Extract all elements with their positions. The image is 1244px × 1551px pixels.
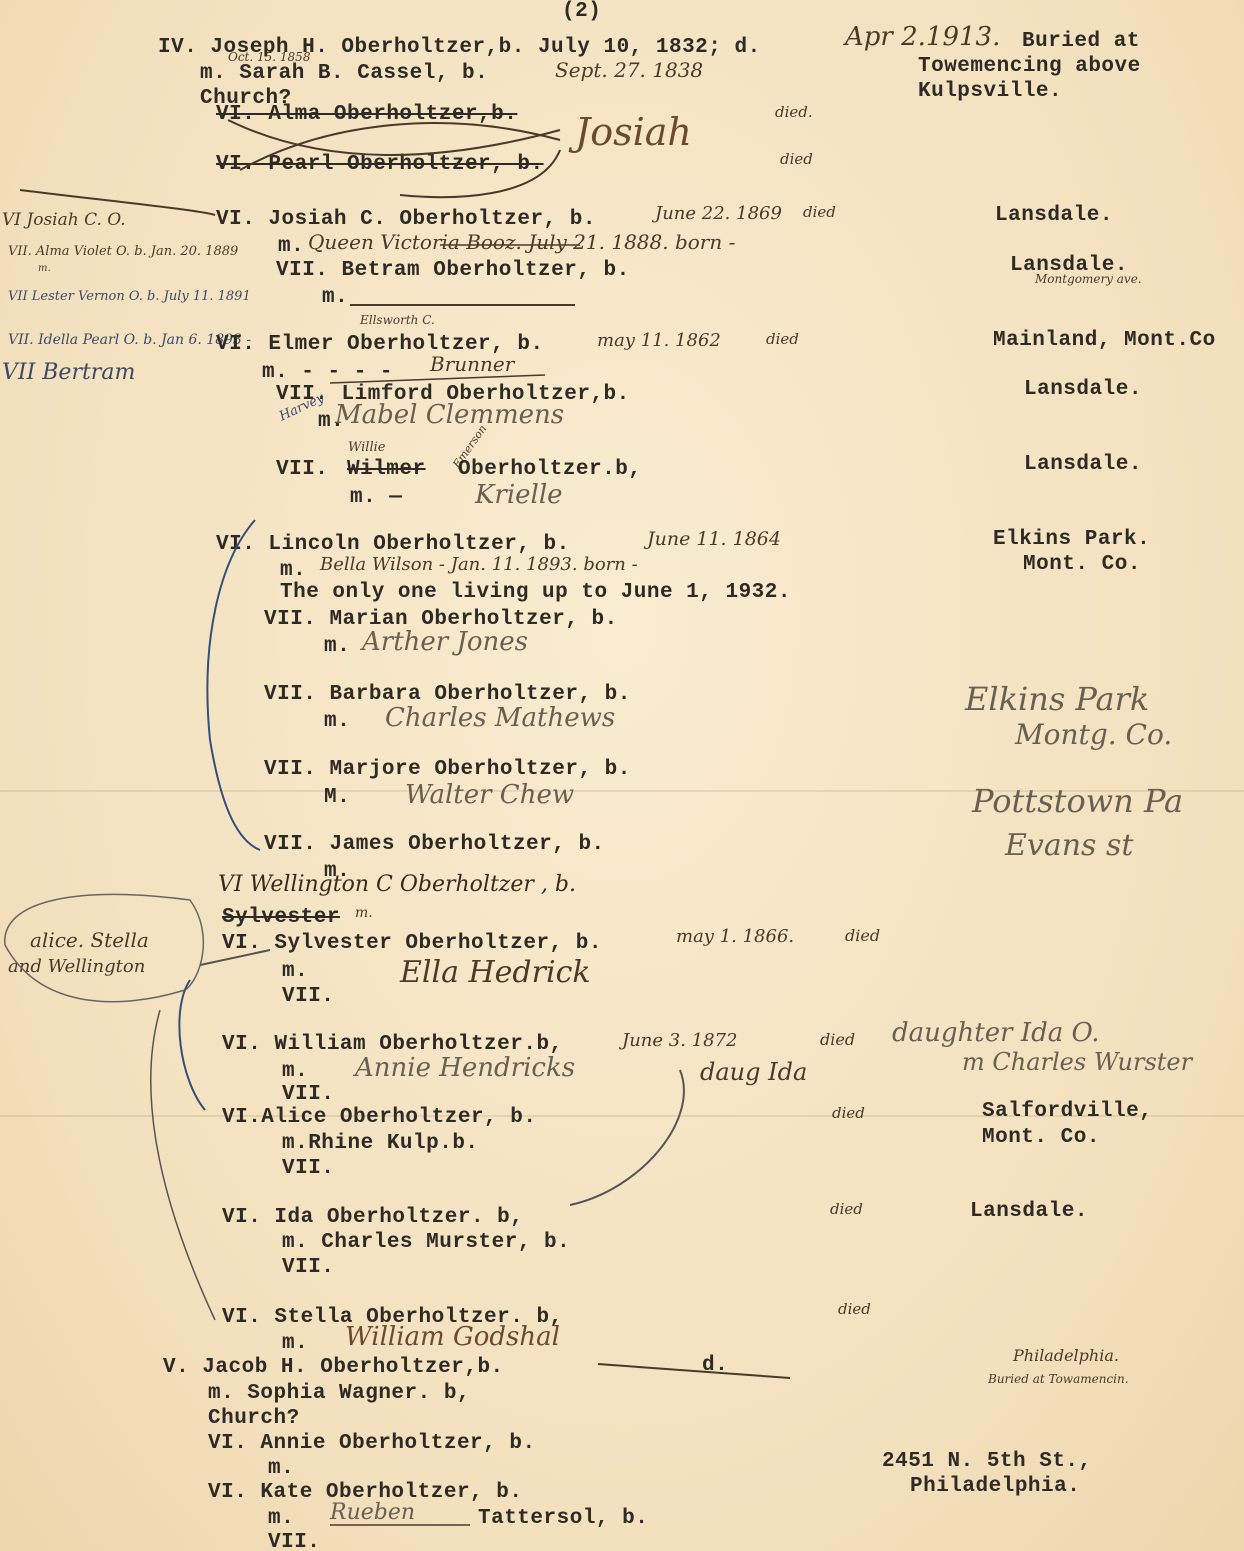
burial-typed-2: Towemencing above: [918, 55, 1141, 79]
elmer-place: Mainland, Mont.Co: [993, 329, 1216, 353]
elmer-birth-hw: may 11. 1862: [597, 330, 721, 351]
wilmer-rest: Oberholtzer.b,: [458, 458, 641, 482]
burial-typed-1: Buried at: [1022, 30, 1140, 54]
sylvester-line: VI. Sylvester Oberholtzer, b.: [222, 932, 602, 956]
william-note-hw-1: daughter Ida O.: [892, 1018, 1100, 1048]
marjore-line: VII. Marjore Oberholtzer, b.: [264, 758, 631, 782]
elmer-middle-hw: Ellsworth C.: [360, 313, 435, 327]
stella-married: m.: [282, 1332, 308, 1356]
josiah-birth-hw: June 22. 1869: [655, 203, 782, 224]
joseph-married: m. Sarah B. Cassel, b.: [200, 62, 488, 86]
ida-children: VII.: [282, 1256, 334, 1280]
marjore-married: M.: [324, 786, 350, 810]
josiah-married: m.: [278, 235, 304, 259]
limford-place: Lansdale.: [1024, 378, 1142, 402]
kate-children: VII.: [268, 1531, 320, 1551]
wilmer-spouse-hw: Krielle: [475, 480, 563, 510]
lincoln-note: The only one living up to June 1, 1932.: [280, 581, 791, 605]
wellington-married-hw: m.: [355, 905, 373, 921]
alice-place-2: Mont. Co.: [982, 1126, 1100, 1150]
margin-note: VI Josiah C. O.: [2, 210, 126, 230]
alma-line: VI. Alma Oberholtzer,b.: [216, 103, 517, 127]
elmer-died: died: [766, 330, 799, 348]
stella-spouse-hw: William Godshal: [345, 1322, 560, 1352]
wilmer-over-hw: Willie: [348, 440, 385, 455]
jacob-death: d.: [702, 1354, 728, 1378]
elmer-married: m. - - - -: [262, 361, 393, 385]
pearl-died: died: [780, 150, 813, 168]
margin-note-wellington: and Wellington: [8, 956, 145, 977]
burial-typed-3: Kulpsville.: [918, 80, 1062, 104]
barbara-spouse-hw: Charles Mathews: [385, 703, 615, 733]
kate-spouse-first-hw: Rueben: [330, 1500, 415, 1525]
ida-married: m. Charles Murster, b.: [282, 1231, 570, 1255]
sylvester-died: died: [845, 926, 880, 945]
sylvester-birth-hw: may 1. 1866.: [676, 926, 794, 947]
lincoln-spouse-hw: Bella Wilson - Jan. 11. 1893. born -: [320, 554, 638, 575]
pearl-line: VI. Pearl Oberholtzer, b.: [216, 153, 544, 177]
barbara-married: m.: [324, 710, 350, 734]
lincoln-place-2: Mont. Co.: [1023, 553, 1141, 577]
wilmer-married: m. —: [350, 486, 402, 510]
stella-died: died: [838, 1300, 871, 1318]
william-married: m.: [282, 1060, 308, 1084]
sylvester-spouse-hw: Ella Hedrick: [400, 955, 591, 990]
marian-spouse-hw: Arther Jones: [362, 627, 528, 657]
william-note-hw-2: m Charles Wurster: [962, 1048, 1192, 1076]
alice-married: m.Rhine Kulp.b.: [282, 1132, 479, 1156]
document-page: (2) IV. Joseph H. Oberholtzer,b. July 10…: [0, 0, 1244, 1551]
barbara-place-hw-2: Montg. Co.: [1015, 718, 1172, 751]
ida-died: died: [830, 1200, 863, 1218]
barbara-place-hw-1: Elkins Park: [965, 680, 1149, 718]
annie-married: m.: [268, 1457, 294, 1481]
william-died: died: [820, 1030, 855, 1049]
william-birth-hw: June 3. 1872: [622, 1030, 737, 1051]
kate-spouse-last: Tattersol, b.: [478, 1507, 648, 1531]
william-daughter-hw: daug Ida: [700, 1058, 807, 1086]
annie-line: VI. Annie Oberholtzer, b.: [208, 1432, 536, 1456]
wellington-struck: Sylvester: [222, 906, 340, 930]
josiah-hw: Josiah: [575, 110, 692, 154]
alice-line: VI.Alice Oberholtzer, b.: [222, 1106, 536, 1130]
josiah-died: died: [803, 203, 836, 221]
jacob-church: Church?: [208, 1407, 300, 1431]
jacob-place-hw-2: Buried at Towamencin.: [988, 1372, 1129, 1386]
betram-street-hw: Montgomery ave.: [1035, 272, 1142, 286]
elmer-spouse-hw: Brunner: [430, 352, 514, 376]
william-spouse-hw: Annie Hendricks: [355, 1053, 575, 1083]
margin-note: VII Lester Vernon O. b. July 11. 1891: [8, 289, 251, 304]
margin-note: m.: [38, 263, 51, 274]
betram-line: VII. Betram Oberholtzer, b.: [276, 259, 630, 283]
margin-note: VII. Alma Violet O. b. Jan. 20. 1889: [8, 244, 238, 259]
betram-married: m.: [322, 286, 348, 310]
margin-note-alice: alice. Stella: [30, 928, 149, 952]
james-place-hw: Evans st: [1005, 828, 1133, 863]
alice-children: VII.: [282, 1157, 334, 1181]
sylvester-children: VII.: [282, 985, 334, 1009]
marian-married: m.: [324, 635, 350, 659]
sylvester-married: m.: [282, 960, 308, 984]
alice-died: died: [832, 1104, 865, 1122]
wellington-hw: VI Wellington C Oberholtzer , b.: [218, 872, 576, 897]
ida-line: VI. Ida Oberholtzer. b,: [222, 1206, 523, 1230]
wilmer-prefix: VII.: [276, 458, 328, 482]
lincoln-married: m.: [280, 559, 306, 583]
margin-note: VII. Idella Pearl O. b. Jan 6. 1893 -: [8, 332, 251, 348]
jacob-place-hw-1: Philadelphia.: [1013, 1346, 1119, 1365]
ida-place: Lansdale.: [970, 1200, 1088, 1224]
page-number: (2): [562, 0, 601, 24]
marjore-spouse-hw: Walter Chew: [405, 780, 574, 810]
joseph-death-hw: Apr 2.1913.: [845, 22, 1000, 52]
josiah-line: VI. Josiah C. Oberholtzer, b.: [216, 208, 596, 232]
margin-note: VII Bertram: [2, 360, 135, 385]
jacob-line: V. Jacob H. Oberholtzer,b.: [163, 1356, 504, 1380]
marjore-place-hw: Pottstown Pa: [972, 782, 1183, 820]
wilmer-place: Lansdale.: [1024, 453, 1142, 477]
lincoln-birth-hw: June 11. 1864: [647, 528, 781, 550]
lincoln-place-1: Elkins Park.: [993, 528, 1150, 552]
wife-birth-hw: Sept. 27. 1838: [555, 58, 703, 82]
address-2: Philadelphia.: [910, 1475, 1080, 1499]
address-1: 2451 N. 5th St.,: [882, 1450, 1092, 1474]
wilmer-struck: Wilmer: [347, 458, 426, 482]
james-line: VII. James Oberholtzer, b.: [264, 833, 605, 857]
jacob-married: m. Sophia Wagner. b,: [208, 1382, 470, 1406]
josiah-spouse-hw: Queen Victoria Booz. July 21. 1888. born…: [308, 230, 735, 254]
limford-spouse-hw: Mabel Clemmens: [335, 400, 564, 430]
alma-died: died.: [775, 103, 813, 121]
kate-married: m.: [268, 1507, 294, 1531]
josiah-place: Lansdale.: [995, 204, 1113, 228]
william-children: VII.: [282, 1083, 334, 1107]
alice-place-1: Salfordville,: [982, 1100, 1152, 1124]
